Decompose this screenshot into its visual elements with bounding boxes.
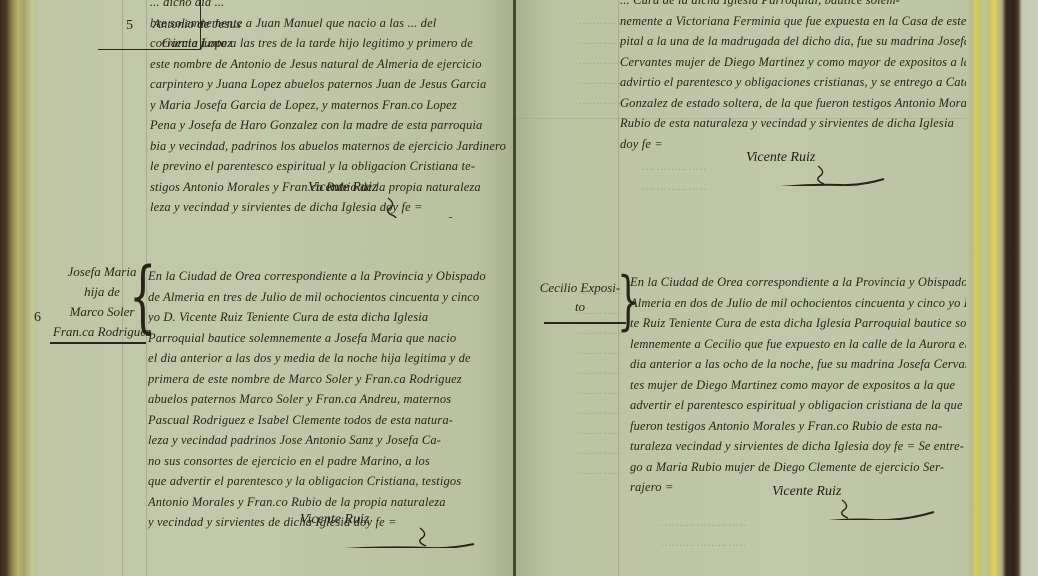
entry-line: En la Ciudad de Orea correspondiente a l…: [148, 266, 512, 287]
entry-line: En la Ciudad de Orea correspondiente a l…: [630, 272, 970, 293]
entry-line: bia y vecindad, padrinos los abuelos mat…: [150, 136, 508, 157]
left-page: ………………………………………………… 5 Antonio de Jesus G…: [38, 0, 516, 576]
ink-bleed-through: ……………………………………………………: [526, 10, 621, 110]
entry-line: bre solemnemente a Juan Manuel que nacio…: [150, 13, 508, 34]
entry-line: carpintero y Juana Lopez abuelos paterno…: [150, 74, 508, 95]
entry-line: primera de este nombre de Marco Soler y …: [148, 369, 512, 390]
entry-line: abuelos paternos Marco Soler y Fran.ca A…: [148, 389, 512, 410]
entry-line: yo D. Vicente Ruiz Teniente Cura de esta…: [148, 307, 512, 328]
entry-line: fueron testigos Antonio Morales y Fran.c…: [630, 416, 970, 437]
open-register-book: ………………………………………………… 5 Antonio de Jesus G…: [0, 0, 1038, 576]
entry-line: el dia anterior a las dos y media de la …: [148, 348, 512, 369]
baptism-entry-text: ... Cura de la dicha Iglesia Parroquial,…: [620, 0, 970, 154]
ink-bleed-through: …………………………………………: [576, 512, 746, 552]
entry-line: de Almeria en tres de Julio de mil ochoc…: [148, 287, 512, 308]
ink-bleed-through: ………………………………: [566, 156, 706, 196]
signature-rubric-flourish: [328, 526, 478, 548]
baptism-entry-text: En la Ciudad de Orea correspondiente a l…: [148, 266, 512, 533]
right-page-edge-stack: [966, 0, 1038, 576]
entry-line: advirtio el parentesco y obligaciones cr…: [620, 72, 970, 93]
entry-line: no sus consortes de ejercicio en el padr…: [148, 451, 512, 472]
entry-line: Rubio de esta naturaleza y vecindad y si…: [620, 113, 970, 134]
left-page-edge-stack: [0, 0, 40, 576]
right-page: …………………………………………………… ……………………………………………………: [516, 0, 966, 576]
margin-name-entry-bottom: Cecilio Exposi- to: [530, 278, 630, 316]
baptism-entry-text: En la Ciudad de Orea correspondiente a l…: [630, 272, 970, 498]
entry-line: tes mujer de Diego Martinez como mayor d…: [630, 375, 970, 396]
priest-signature: Vicente Ruiz: [308, 180, 377, 196]
entry-line: leza y vecindad padrinos Jose Antonio Sa…: [148, 430, 512, 451]
entry-line: ... Cura de la dicha Iglesia Parroquial,…: [620, 0, 970, 11]
entry-line: que advertir el parentesco y la obligaci…: [148, 471, 512, 492]
entry-line: lemnemente a Cecilio que fue expuesto en…: [630, 334, 970, 355]
entry-number: 6: [34, 310, 41, 326]
entry-line: y Maria Josefa Garcia de Lopez, y matern…: [150, 95, 508, 116]
signature-rubric-flourish: [802, 498, 942, 520]
entry-line: Parroquial bautice solemnemente a Josefa…: [148, 328, 512, 349]
entry-line: pital a la una de la madrugada del dicho…: [620, 31, 970, 52]
margin-name-line: to: [530, 297, 630, 316]
signature-rubric-flourish: [328, 196, 468, 218]
entry-line: ... dicho dia ...: [150, 0, 508, 13]
margin-underline: [544, 322, 626, 324]
entry-line: Cervantes mujer de Diego Martinez y como…: [620, 52, 970, 73]
signature-rubric-flourish: [766, 164, 906, 186]
entry-line: le previno el parentesco espiritual y la…: [150, 156, 508, 177]
entry-line: Almeria en dos de Julio de mil ochocient…: [630, 293, 970, 314]
entry-line: nemente a Victoriana Ferminia que fue ex…: [620, 11, 970, 32]
entry-line: Gonzalez de estado soltera, de la que fu…: [620, 93, 970, 114]
entry-line: este nombre de Antonio de Jesus natural …: [150, 54, 508, 75]
entry-line: Pena y Josefa de Haro Gonzalez con la ma…: [150, 115, 508, 136]
margin-name-line: Cecilio Exposi-: [530, 278, 630, 297]
entry-line: dia anterior a las ocho de la noche, fue…: [630, 354, 970, 375]
entry-line: te Ruiz Teniente Cura de esta dicha Igle…: [630, 313, 970, 334]
margin-underline: [50, 342, 146, 344]
entry-line: turaleza vecindad y sirvientes de dicha …: [630, 436, 970, 457]
entry-line: Antonio Morales y Fran.co Rubio de la pr…: [148, 492, 512, 513]
entry-line: Pascual Rodriguez e Isabel Clemente todo…: [148, 410, 512, 431]
entry-line: corriente junto a las tres de la tarde h…: [150, 33, 508, 54]
entry-line: go a Maria Rubio mujer de Diego Clemente…: [630, 457, 970, 478]
entry-line: advertir el parentesco espiritual y obli…: [630, 395, 970, 416]
